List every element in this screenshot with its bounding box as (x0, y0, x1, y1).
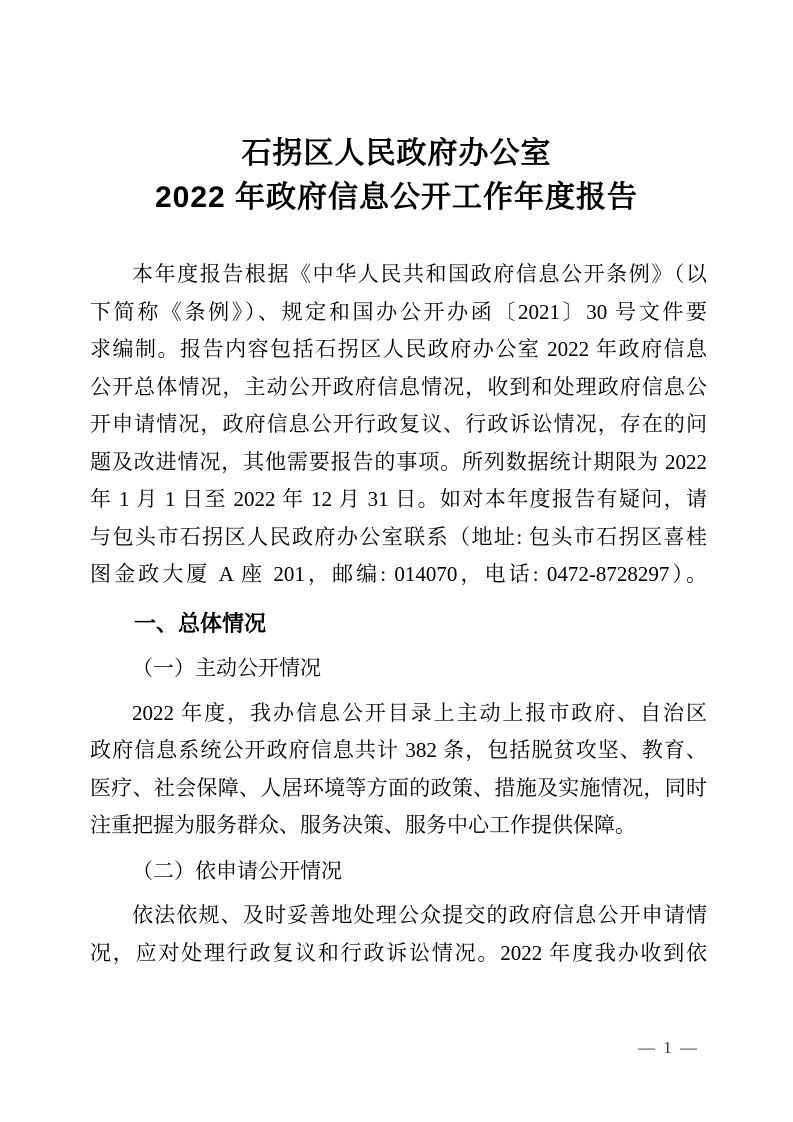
text-line: 年 1 月 1 日至 2022 年 12 月 31 日。如对本年度报告有疑问，请 (90, 481, 707, 519)
text-line: 开申请情况，政府信息公开行政复议、行政诉讼情况，存在的问 (90, 406, 707, 444)
text-line: 下简称《条例》）、规定和国办公开办函〔2021〕30 号文件要 (90, 294, 707, 332)
subsection-heading-proactive-disclosure: （一）主动公开情况 (90, 650, 707, 688)
text-line: 公开总体情况，主动公开政府信息情况，收到和处理政府信息公 (90, 369, 707, 407)
paragraph-proactive-disclosure: 2022 年度，我办信息公开目录上主动上报市政府、自治区 政府信息系统公开政府信… (90, 695, 707, 845)
text-line: 医疗、社会保障、人居环境等方面的政策、措施及实施情况，同时 (90, 770, 707, 808)
text-line: 题及改进情况，其他需要报告的事项。所列数据统计期限为 2022 (90, 444, 707, 482)
title-line-1: 石拐区人民政府办公室 (40, 132, 753, 176)
document-title: 石拐区人民政府办公室 2022 年政府信息公开工作年度报告 (40, 132, 753, 220)
text-line: 求编制。报告内容包括石拐区人民政府办公室 2022 年政府信息 (90, 331, 707, 369)
text-line: 2022 年度，我办信息公开目录上主动上报市政府、自治区 (90, 695, 707, 733)
text-line: 政府信息系统公开政府信息共计 382 条，包括脱贫攻坚、教育、 (90, 732, 707, 770)
text-line: 依法依规、及时妥善地处理公众提交的政府信息公开申请情 (90, 897, 707, 935)
text-line: 图金政大厦 A 座 201，邮编: 014070，电话: 0472-872829… (90, 556, 707, 594)
text-line: 况，应对处理行政复议和行政诉讼情况。2022 年度我办收到依 (90, 935, 707, 973)
section-heading-overall: 一、总体情况 (90, 605, 707, 643)
subsection-heading-disclosure-upon-request: （二）依申请公开情况 (90, 853, 707, 891)
text-line: 与包头市石拐区人民政府办公室联系（地址: 包头市石拐区喜桂 (90, 519, 707, 557)
paragraph-intro: 本年度报告根据《中华人民共和国政府信息公开条例》（以 下简称《条例》）、规定和国… (90, 256, 707, 594)
document-body: 本年度报告根据《中华人民共和国政府信息公开条例》（以 下简称《条例》）、规定和国… (90, 256, 707, 972)
title-line-2: 2022 年政府信息公开工作年度报告 (40, 176, 753, 220)
page-number: — 1 — (638, 1036, 699, 1060)
document-page: 石拐区人民政府办公室 2022 年政府信息公开工作年度报告 本年度报告根据《中华… (0, 0, 793, 1122)
text-line: 注重把握为服务群众、服务决策、服务中心工作提供保障。 (90, 807, 707, 845)
paragraph-disclosure-upon-request: 依法依规、及时妥善地处理公众提交的政府信息公开申请情 况，应对处理行政复议和行政… (90, 897, 707, 972)
text-line: 本年度报告根据《中华人民共和国政府信息公开条例》（以 (90, 256, 707, 294)
